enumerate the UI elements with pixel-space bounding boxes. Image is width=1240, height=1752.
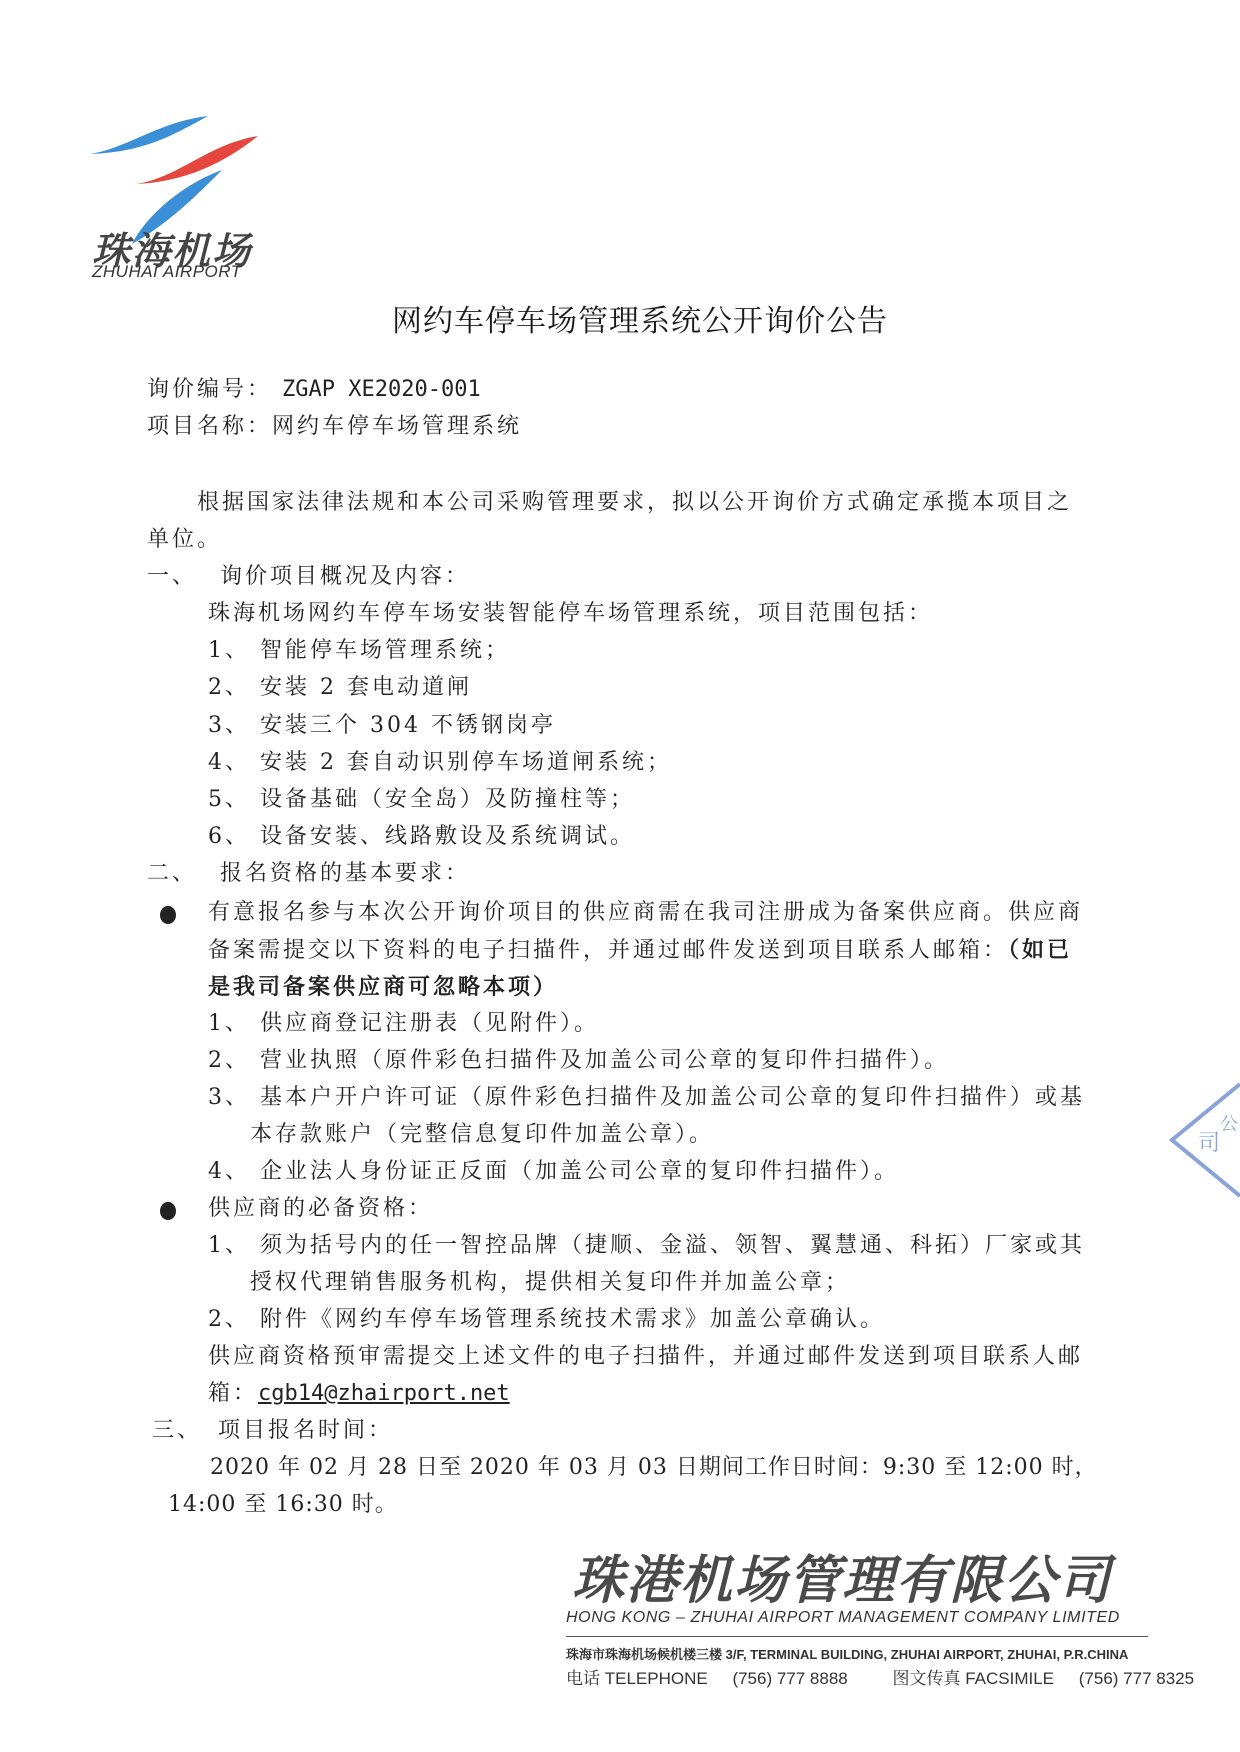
bullet-1-line-2-bold: （如已 — [1008, 937, 1072, 963]
section-1-item: 2、 安装 2 套电动道闸 — [208, 673, 472, 703]
bullet-2-heading: 供应商的必备资格： — [208, 1194, 433, 1224]
inquiry-number-row: 询价编号： ZGAP XE2020-001 — [147, 375, 481, 405]
section-1-heading: 询价项目概况及内容： — [220, 562, 470, 592]
contact-email-link[interactable]: cgb14@zhairport.net — [258, 1381, 510, 1406]
section-1-lead: 珠海机场网约车停车场安装智能停车场管理系统，项目范围包括： — [208, 599, 933, 629]
bullet-icon — [160, 1202, 176, 1220]
telephone-label: 电话 TELEPHONE — [566, 1669, 708, 1688]
logo-text-en: ZHUHAI AIRPORT — [92, 262, 242, 282]
bullet-1-item: 4、 企业法人身份证正反面（加盖公司公章的复印件扫描件）。 — [208, 1157, 899, 1187]
svg-text:司: 司 — [1198, 1131, 1220, 1156]
bullet-1-item: 2、 营业执照（原件彩色扫描件及加盖公司公章的复印件扫描件）。 — [208, 1046, 949, 1076]
section-3-number: 三、 — [152, 1416, 202, 1446]
section-1-item: 5、 设备基础（安全岛）及防撞柱等； — [208, 785, 635, 815]
fax-number: (756) 777 8325 — [1079, 1669, 1194, 1688]
fax-label: 图文传真 FACSIMILE — [893, 1669, 1055, 1688]
project-name-label: 项目名称： — [147, 414, 272, 439]
inquiry-number-label: 询价编号： — [147, 377, 272, 402]
bullet-2-item: 2、 附件《网约车停车场管理系统技术需求》加盖公章确认。 — [208, 1305, 885, 1335]
section-1-item: 6、 设备安装、线路敷设及系统调试。 — [208, 822, 635, 852]
telephone-number: (756) 777 8888 — [732, 1669, 847, 1688]
document-title: 网约车停车场管理系统公开询价公告 — [0, 296, 1240, 340]
bullet-1-item: 3、 基本户开户许可证（原件彩色扫描件及加盖公司公章的复印件扫描件）或基 — [208, 1083, 1085, 1113]
section-3-heading: 项目报名时间： — [218, 1416, 393, 1446]
project-name-row: 项目名称：网约车停车场管理系统 — [147, 412, 522, 442]
bullet-2-item: 1、 须为括号内的任一智控品牌（捷顺、金溢、领智、翼慧通、科拓）厂家或其 — [208, 1231, 1085, 1261]
bullet-icon — [160, 906, 176, 924]
telephone: 电话 TELEPHONE (756) 777 8888 — [566, 1669, 868, 1688]
intro-line-2: 单位。 — [147, 525, 222, 555]
bullet-2-note-line-2: 箱：cgb14@zhairport.net — [208, 1379, 510, 1409]
section-2-number: 二、 — [147, 859, 197, 889]
bullet-1-item-continued: 本存款账户（完整信息复印件加盖公章）。 — [250, 1120, 714, 1150]
intro-line-1: 根据国家法律法规和本公司采购管理要求，拟以公开询价方式确定承揽本项目之 — [197, 488, 1072, 518]
email-label: 箱： — [208, 1381, 258, 1406]
bullet-2-item-continued: 授权代理销售服务机构，提供相关复印件并加盖公章； — [250, 1268, 850, 1298]
section-1-item: 3、 安装三个 304 不锈钢岗亭 — [208, 711, 556, 741]
footer-divider — [566, 1636, 1148, 1637]
footer-contact: 电话 TELEPHONE (756) 777 8888 图文传真 FACSIMI… — [566, 1664, 1234, 1689]
company-seal-stamp-icon: 司 公 — [1168, 1080, 1240, 1200]
section-1-item: 1、 智能停车场管理系统； — [208, 636, 510, 666]
inquiry-number-value: ZGAP XE2020-001 — [282, 377, 481, 402]
section-1-number: 一、 — [147, 562, 197, 592]
section-1-item: 4、 安装 2 套自动识别停车场道闸系统； — [208, 748, 672, 778]
footer-company-name-cn: 珠港机场管理有限公司 — [572, 1538, 1112, 1613]
fax: 图文传真 FACSIMILE (756) 777 8325 — [893, 1669, 1215, 1688]
bullet-1-line-1: 有意报名参与本次公开询价项目的供应商需在我司注册成为备案供应商。供应商 — [208, 898, 1083, 928]
bullet-1-item: 1、 供应商登记注册表（见附件）。 — [208, 1009, 599, 1039]
bullet-1-line-3: 是我司备案供应商可忽略本项） — [208, 972, 558, 1002]
project-name-value: 网约车停车场管理系统 — [272, 414, 522, 439]
svg-text:公: 公 — [1220, 1114, 1238, 1135]
section-2-heading: 报名资格的基本要求： — [220, 859, 470, 889]
footer-company-name-en: HONG KONG – ZHUHAI AIRPORT MANAGEMENT CO… — [566, 1609, 1120, 1627]
registration-time-line-1: 2020 年 02 月 28 日至 2020 年 03 月 03 日期间工作日时… — [210, 1453, 1098, 1483]
bullet-2-note-line-1: 供应商资格预审需提交上述文件的电子扫描件，并通过邮件发送到项目联系人邮 — [208, 1342, 1083, 1372]
bullet-1-line-2: 备案需提交以下资料的电子扫描件，并通过邮件发送到项目联系人邮箱：（如已 — [208, 935, 1072, 966]
bullet-1-line-2-text: 备案需提交以下资料的电子扫描件，并通过邮件发送到项目联系人邮箱： — [208, 938, 1008, 963]
registration-time-line-2: 14:00 至 16:30 时。 — [168, 1490, 398, 1520]
footer-address: 珠海市珠海机场候机楼三楼 3/F, TERMINAL BUILDING, ZHU… — [566, 1644, 1128, 1663]
